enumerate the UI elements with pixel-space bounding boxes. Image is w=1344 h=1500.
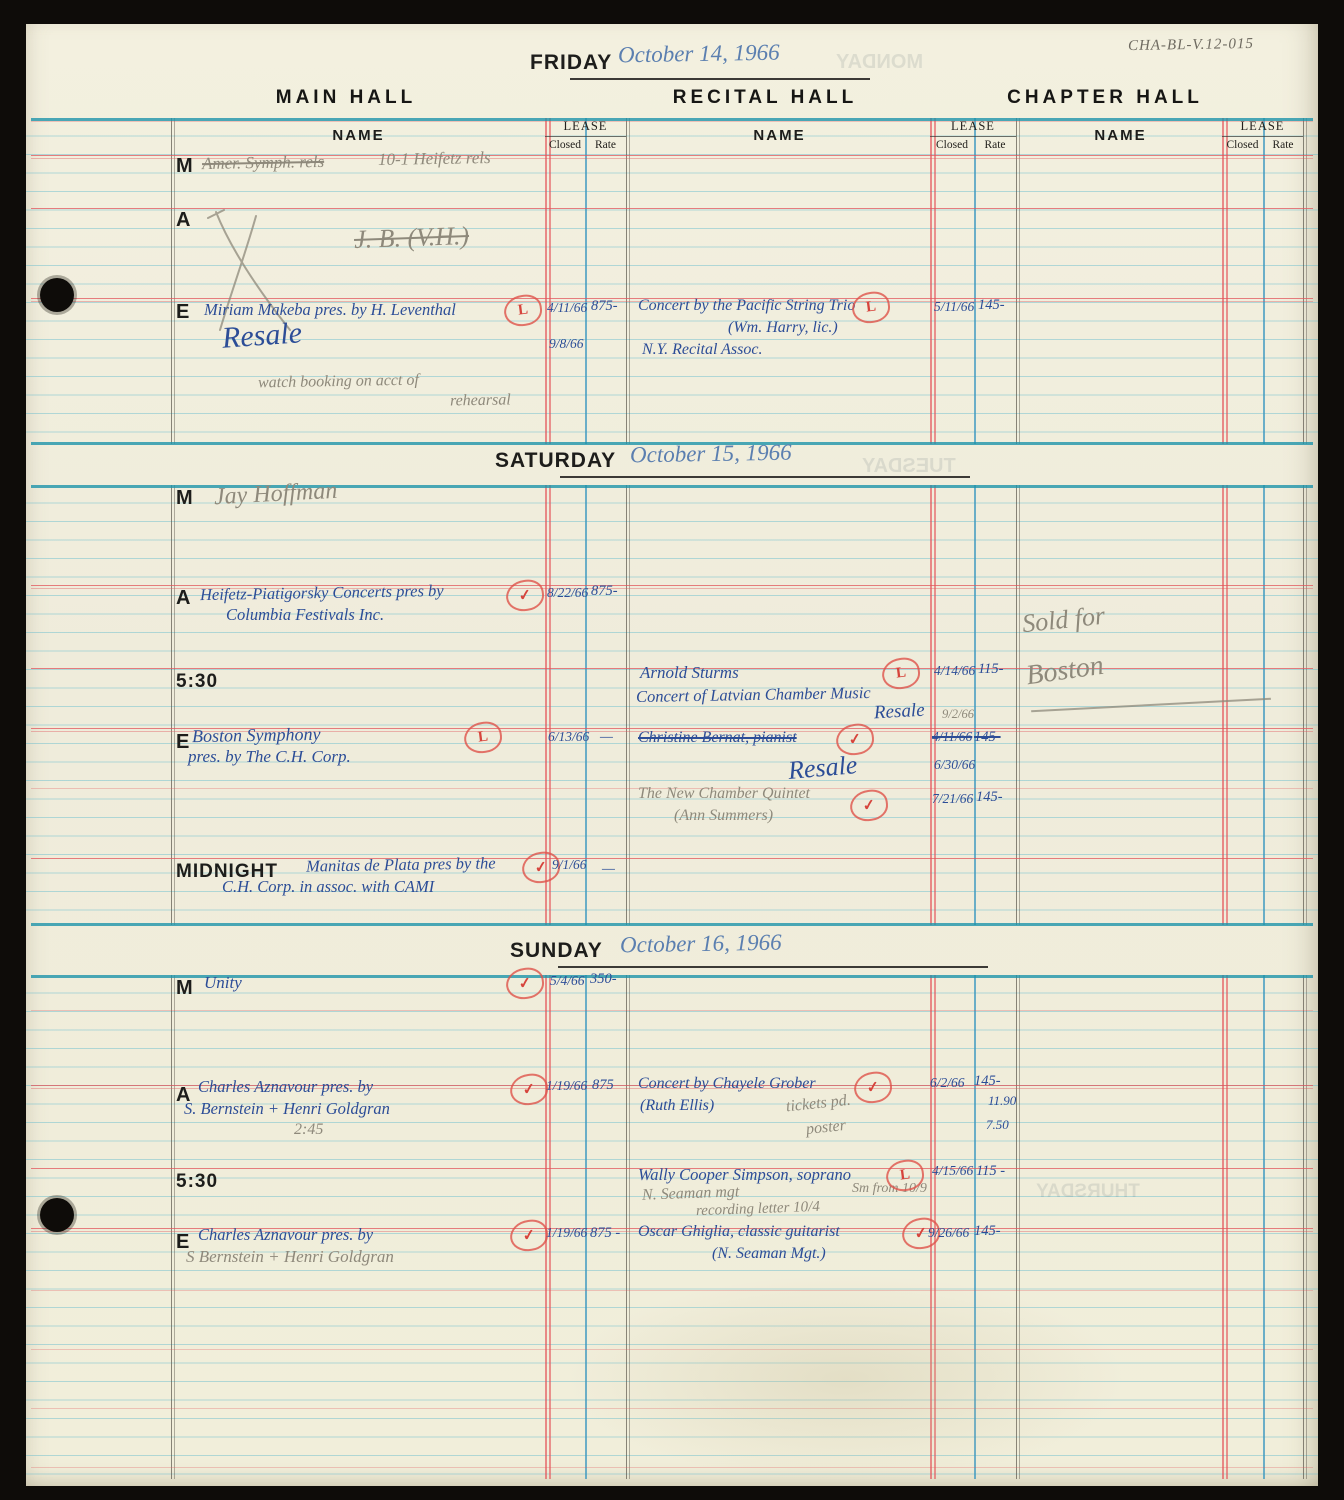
row-label-morning: M: [176, 978, 194, 999]
section-bottom-line: [31, 923, 1313, 926]
rate-value: 115-: [978, 662, 1004, 677]
rate-value: 875-: [591, 584, 618, 599]
entry-text: Resale: [221, 317, 303, 354]
closed-date: 1/19/66: [546, 1079, 587, 1093]
rate-value: 145-: [974, 730, 1001, 745]
col-name-header: NAME: [1019, 128, 1222, 144]
column-line: [585, 118, 587, 444]
row-label-morning: M: [176, 156, 194, 177]
entry-text: J. B. (V.H.): [354, 222, 470, 253]
entry-text: Resale: [787, 751, 858, 784]
column-line: [626, 118, 627, 444]
rate-header: Rate: [585, 139, 626, 151]
title-underline: [570, 78, 870, 80]
ledger-code: CHA-BL-V.12-015: [1128, 37, 1254, 55]
column-line: [1222, 118, 1224, 444]
rate-header: Rate: [974, 139, 1016, 151]
closed-date: 1/19/66: [546, 1226, 587, 1240]
rate-value: 875 -: [590, 1226, 620, 1241]
rate-value: 145-: [976, 790, 1003, 805]
row-label-530: 5:30: [176, 672, 218, 692]
entry-note: 2:45: [294, 1122, 323, 1139]
entry-text: pres. by The C.H. Corp.: [188, 748, 351, 766]
scan-smudge: [566, 1274, 1126, 1484]
row-label-afternoon: A: [176, 210, 191, 231]
row-label-afternoon: A: [176, 588, 191, 609]
entry-text: N.Y. Recital Assoc.: [642, 342, 762, 359]
entry-text: Unity: [204, 974, 242, 992]
col-name-header: NAME: [629, 128, 930, 144]
rate-value: 875: [592, 1078, 614, 1093]
lease-underline: [930, 136, 1016, 137]
entry-note: rehearsal: [450, 392, 511, 410]
closed-header: Closed: [930, 139, 974, 151]
row-label-530: 5:30: [176, 1172, 218, 1192]
entry-note: watch booking on acct of: [258, 373, 419, 393]
column-line: [1303, 975, 1304, 1479]
bleed-through-text: TUESDAY: [862, 456, 956, 477]
entry-text: (Ann Summers): [674, 808, 773, 825]
entry-text: Concert by the Pacific String Trio: [638, 298, 855, 315]
title-underline: [560, 476, 970, 478]
entry-text: Christine Bernat, pianist: [638, 730, 797, 747]
lease-header: LEASE: [930, 120, 1016, 133]
entry-text: Amer. Symph. rels: [202, 153, 324, 173]
rate-value: —: [602, 862, 615, 877]
column-line: [1263, 118, 1265, 444]
closed-header: Closed: [1222, 139, 1263, 151]
lease-header: LEASE: [1222, 120, 1303, 133]
bleed-through-text: THURSDAY: [1036, 1182, 1140, 1202]
closed-date: 5/11/66: [934, 300, 974, 314]
column-line: [930, 118, 932, 444]
amount-value: 11.90: [988, 1094, 1016, 1108]
column-line: [1303, 118, 1304, 444]
rate-value: 350-: [590, 972, 617, 987]
entry-text: Concert by Chayele Grober: [638, 1076, 816, 1093]
entry-text: Arnold Sturms: [640, 664, 739, 682]
entry-text: Manitas de Plata pres by the: [306, 854, 496, 875]
entry-text: Wally Cooper Simpson, soprano: [638, 1166, 851, 1183]
title-underline: [558, 966, 988, 968]
rate-header: Rate: [1263, 139, 1303, 151]
rate-value: 875-: [591, 299, 618, 314]
day-title-sunday: SUNDAY: [510, 940, 603, 962]
closed-date: 6/13/66: [548, 730, 589, 744]
closed-date: 5/4/66: [550, 974, 585, 988]
entry-text: 10-1 Heifetz rels: [378, 149, 491, 169]
lease-underline: [545, 136, 626, 137]
entry-text: C.H. Corp. in assoc. with CAMI: [222, 878, 434, 895]
column-line: [545, 118, 547, 444]
column-line: [171, 975, 172, 1479]
rate-value: 115 -: [976, 1164, 1005, 1179]
row-line: [31, 858, 1313, 859]
closed-header: Closed: [545, 139, 585, 151]
entry-text: S. Bernstein + Henri Goldgran: [184, 1100, 390, 1117]
entry-text: (N. Seaman Mgt.): [712, 1246, 826, 1263]
hole-punch: [40, 278, 74, 312]
ledger-page: CHA-BL-V.12-015 MONDAY TUESDAY THURSDAY …: [26, 24, 1318, 1486]
column-line: [1222, 975, 1224, 1479]
column-line: [1016, 118, 1017, 444]
entry-text: Columbia Festivals Inc.: [226, 606, 384, 623]
closed-date: 4/11/66: [932, 730, 972, 744]
rate-value: 145-: [978, 298, 1005, 313]
hall-title-recital: RECITAL HALL: [615, 88, 915, 108]
entry-text: Concert of Latvian Chamber Music: [636, 684, 871, 705]
column-line: [171, 118, 172, 444]
rate-value: 145-: [974, 1074, 1001, 1089]
entry-text: S Bernstein + Henri Goldgran: [186, 1248, 394, 1266]
entry-text: Boston Symphony: [192, 725, 321, 746]
row-label-evening: E: [176, 302, 190, 323]
row-line: [31, 121, 1313, 122]
closed-date: 9/8/66: [549, 337, 584, 351]
entry-text: Resale: [874, 701, 926, 724]
lease-underline: [1222, 136, 1303, 137]
rate-value: —: [600, 730, 613, 745]
lease-header: LEASE: [545, 120, 626, 133]
bleed-through-text: MONDAY: [836, 52, 923, 73]
day-title-saturday: SATURDAY: [495, 450, 616, 472]
closed-date: 4/15/66: [932, 1164, 973, 1178]
amount-value: 7.50: [986, 1118, 1009, 1132]
column-line: [1263, 975, 1265, 1479]
day-date-saturday: October 15, 1966: [630, 441, 792, 468]
entry-text: The New Chamber Quintet: [638, 786, 810, 803]
closed-date: 6/30/66: [934, 758, 975, 772]
entry-text: (Wm. Harry, lic.): [728, 320, 838, 337]
day-date-friday: October 14, 1966: [618, 41, 780, 68]
closed-date: 6/2/66: [930, 1076, 965, 1090]
closed-date: 4/14/66: [934, 664, 975, 678]
row-label-morning: M: [176, 488, 194, 509]
entry-text: Heifetz-Piatigorsky Concerts pres by: [200, 582, 444, 604]
hall-title-chapter: CHAPTER HALL: [955, 88, 1255, 108]
entry-text: Charles Aznavour pres. by: [198, 1078, 373, 1095]
entry-text: Miriam Makeba pres. by H. Leventhal: [204, 301, 456, 318]
hall-title-main: MAIN HALL: [206, 88, 486, 108]
rate-value: 145-: [974, 1224, 1001, 1239]
row-line: [31, 1010, 1313, 1011]
entry-text: Charles Aznavour pres. by: [198, 1226, 373, 1243]
day-date-sunday: October 16, 1966: [620, 931, 782, 958]
entry-text: (Ruth Ellis): [640, 1098, 714, 1115]
closed-date: 9/2/66: [942, 708, 974, 721]
closed-date: 7/21/66: [932, 792, 973, 806]
closed-date: 9/26/66: [928, 1226, 969, 1240]
column-line: [974, 118, 976, 444]
col-name-header: NAME: [172, 128, 545, 144]
entry-text: Oscar Ghiglia, classic guitarist: [638, 1224, 840, 1241]
day-title-friday: FRIDAY: [530, 52, 612, 74]
closed-date: 9/1/66: [552, 858, 587, 872]
closed-date: 8/22/66: [547, 586, 588, 600]
closed-date: 4/11/66: [547, 301, 587, 315]
hole-punch: [40, 1198, 74, 1232]
